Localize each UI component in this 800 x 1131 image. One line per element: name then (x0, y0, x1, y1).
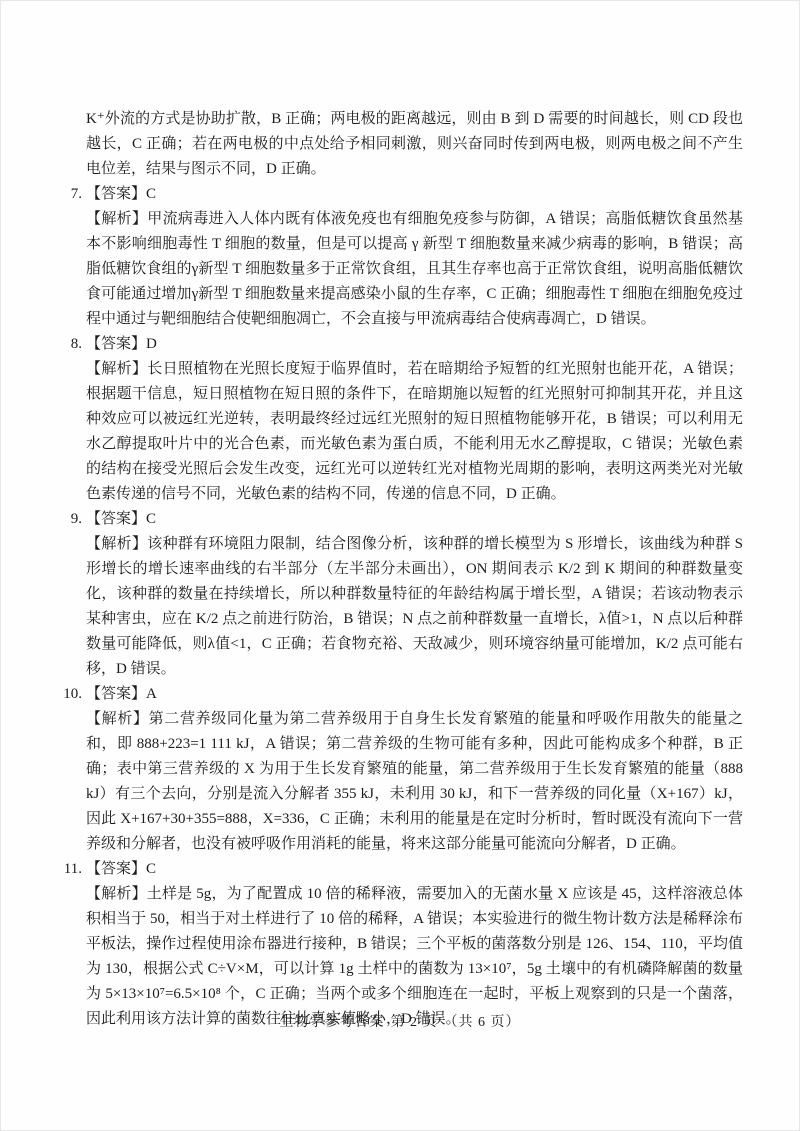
analysis-text: 土样是 5g，为了配置成 10 倍的稀释液，需要加入的无菌水量 X 应该是 45… (86, 886, 743, 1027)
analysis-text: 第二营养级同化量为第二营养级用于自身生长发育繁殖的能量和呼吸作用散失的能量之和，… (86, 711, 743, 852)
answer-line: 11.【答案】C (86, 857, 743, 882)
analysis-label: 【解析】 (86, 361, 147, 377)
analysis-paragraph: 【解析】长日照植物在光照长度短于临界值时，若在暗期给予短暂的红光照射也能开花，A… (86, 357, 743, 507)
analysis-text: 长日照植物在光照长度短于临界值时，若在暗期给予短暂的红光照射也能开花，A 错误；… (86, 361, 743, 502)
analysis-label: 【解析】 (86, 711, 149, 727)
question-number: 9. (55, 507, 82, 532)
answer-value: C (146, 511, 156, 527)
continuation-paragraph: K⁺外流的方式是协助扩散，B 正确；两电极的距离越远，则由 B 到 D 需要的时… (86, 107, 743, 182)
footer-doc-title: 生物学参考答案 (280, 1015, 385, 1030)
analysis-label: 【解析】 (86, 886, 147, 902)
answer-label: 【答案】 (86, 186, 146, 202)
analysis-text: 该种群有环境阻力限制，结合图像分析，该种群的增长模型为 S 形增长，该曲线为种群… (86, 536, 743, 677)
qa-item-10: 10.【答案】A 【解析】第二营养级同化量为第二营养级用于自身生长发育繁殖的能量… (86, 682, 743, 857)
answer-line: 9.【答案】C (86, 507, 743, 532)
qa-item-9: 9.【答案】C 【解析】该种群有环境阻力限制，结合图像分析，该种群的增长模型为 … (86, 507, 743, 682)
footer-total-pages: （共 6 页） (444, 1015, 521, 1030)
answer-line: 7.【答案】C (86, 182, 743, 207)
answer-label: 【答案】 (86, 336, 146, 352)
answer-label: 【答案】 (86, 511, 146, 527)
question-number: 8. (55, 332, 82, 357)
answer-content: K⁺外流的方式是协助扩散，B 正确；两电极的距离越远，则由 B 到 D 需要的时… (86, 107, 743, 1032)
answer-label: 【答案】 (86, 861, 146, 877)
analysis-text: 甲流病毒进入人体内既有体液免疫也有细胞免疫参与防御，A 错误；高脂低糖饮食虽然基… (86, 211, 743, 327)
answer-value: C (146, 186, 156, 202)
analysis-paragraph: 【解析】土样是 5g，为了配置成 10 倍的稀释液，需要加入的无菌水量 X 应该… (86, 882, 743, 1032)
answer-value: A (146, 686, 157, 702)
analysis-label: 【解析】 (86, 536, 147, 552)
answer-value: C (146, 861, 156, 877)
analysis-label: 【解析】 (86, 211, 147, 227)
answer-sheet-page: K⁺外流的方式是协助扩散，B 正确；两电极的距离越远，则由 B 到 D 需要的时… (0, 0, 800, 1131)
answer-line: 10.【答案】A (86, 682, 743, 707)
analysis-paragraph: 【解析】甲流病毒进入人体内既有体液免疫也有细胞免疫参与防御，A 错误；高脂低糖饮… (86, 207, 743, 332)
answer-value: D (146, 336, 157, 352)
question-number: 11. (55, 857, 82, 882)
footer-page-number: 第 2 页 (391, 1015, 438, 1030)
qa-item-7: 7.【答案】C 【解析】甲流病毒进入人体内既有体液免疫也有细胞免疫参与防御，A … (86, 182, 743, 332)
qa-item-11: 11.【答案】C 【解析】土样是 5g，为了配置成 10 倍的稀释液，需要加入的… (86, 857, 743, 1032)
question-number: 10. (55, 682, 82, 707)
qa-item-8: 8.【答案】D 【解析】长日照植物在光照长度短于临界值时，若在暗期给予短暂的红光… (86, 332, 743, 507)
analysis-paragraph: 【解析】第二营养级同化量为第二营养级用于自身生长发育繁殖的能量和呼吸作用散失的能… (86, 707, 743, 857)
answer-label: 【答案】 (86, 686, 146, 702)
analysis-paragraph: 【解析】该种群有环境阻力限制，结合图像分析，该种群的增长模型为 S 形增长，该曲… (86, 532, 743, 682)
page-footer: 生物学参考答案第 2 页（共 6 页） (1, 1012, 799, 1034)
answer-line: 8.【答案】D (86, 332, 743, 357)
question-number: 7. (55, 182, 82, 207)
